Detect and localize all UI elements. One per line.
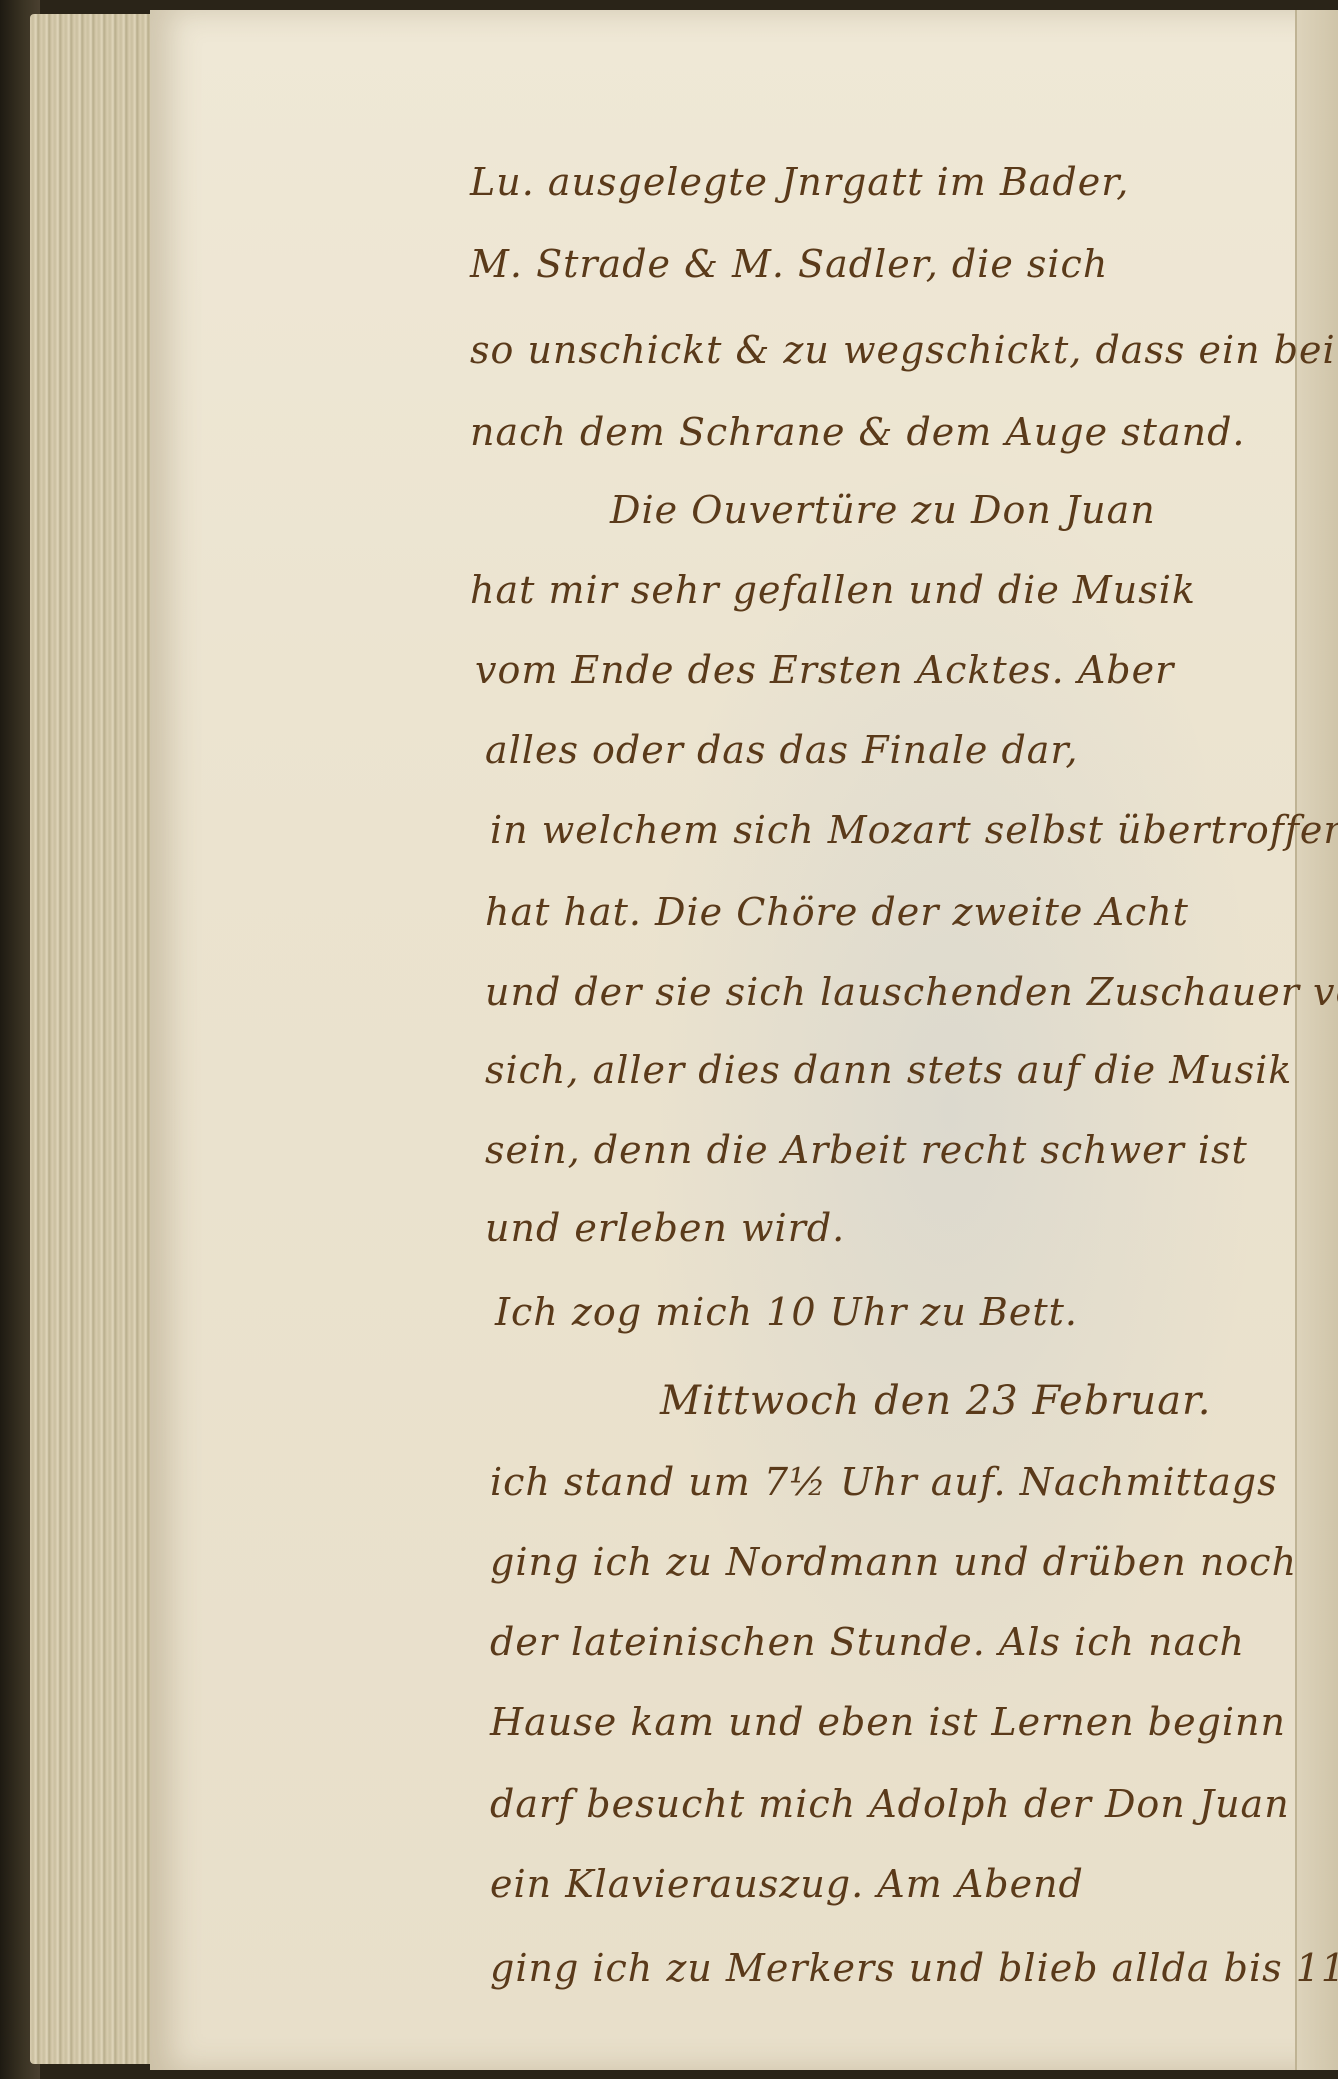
text-line: Hause kam und eben ist Lernen beginn bbox=[490, 1700, 1286, 1744]
text-line: in welchem sich Mozart selbst übertroffe… bbox=[490, 808, 1338, 852]
manuscript-scan: Lu. ausgelegte Jnrgatt im Bader, M. Stra… bbox=[0, 0, 1338, 2079]
text-line: so unschickt & zu wegschickt, dass ein b… bbox=[470, 328, 1336, 372]
text-line: Ich zog mich 10 Uhr zu Bett. bbox=[495, 1290, 1078, 1334]
text-line: und erleben wird. bbox=[485, 1206, 845, 1250]
text-line: ging ich zu Nordmann und drüben noch bbox=[490, 1540, 1297, 1584]
text-line: der lateinischen Stunde. Als ich nach bbox=[490, 1620, 1245, 1664]
text-line: sich, aller dies dann stets auf die Musi… bbox=[485, 1048, 1292, 1092]
text-line: darf besucht mich Adolph der Don Juan bbox=[490, 1782, 1290, 1826]
text-line: hat mir sehr gefallen und die Musik bbox=[470, 568, 1196, 612]
text-line: ein Klavierauszug. Am Abend bbox=[490, 1862, 1084, 1906]
text-line: nach dem Schrane & dem Auge stand. bbox=[470, 410, 1245, 454]
facing-page-edge bbox=[1295, 10, 1338, 2070]
text-line: sein, denn die Arbeit recht schwer ist bbox=[485, 1128, 1248, 1172]
page-edges-stack bbox=[30, 14, 170, 2064]
date-heading: Mittwoch den 23 Februar. bbox=[660, 1378, 1211, 1424]
text-line: ich stand um 7½ Uhr auf. Nachmittags bbox=[490, 1460, 1278, 1504]
text-line: M. Strade & M. Sadler, die sich bbox=[470, 242, 1108, 286]
text-line: Die Ouvertüre zu Don Juan bbox=[610, 488, 1156, 532]
text-line: ging ich zu Merkers und blieb allda bis … bbox=[490, 1946, 1338, 1990]
text-line: vom Ende des Ersten Acktes. Aber bbox=[475, 648, 1174, 692]
text-line: und der sie sich lauschenden Zuschauer v… bbox=[485, 970, 1338, 1014]
text-line: hat hat. Die Chöre der zweite Acht bbox=[485, 890, 1189, 934]
text-line: Lu. ausgelegte Jnrgatt im Bader, bbox=[470, 160, 1129, 204]
text-line: alles oder das das Finale dar, bbox=[485, 728, 1079, 772]
